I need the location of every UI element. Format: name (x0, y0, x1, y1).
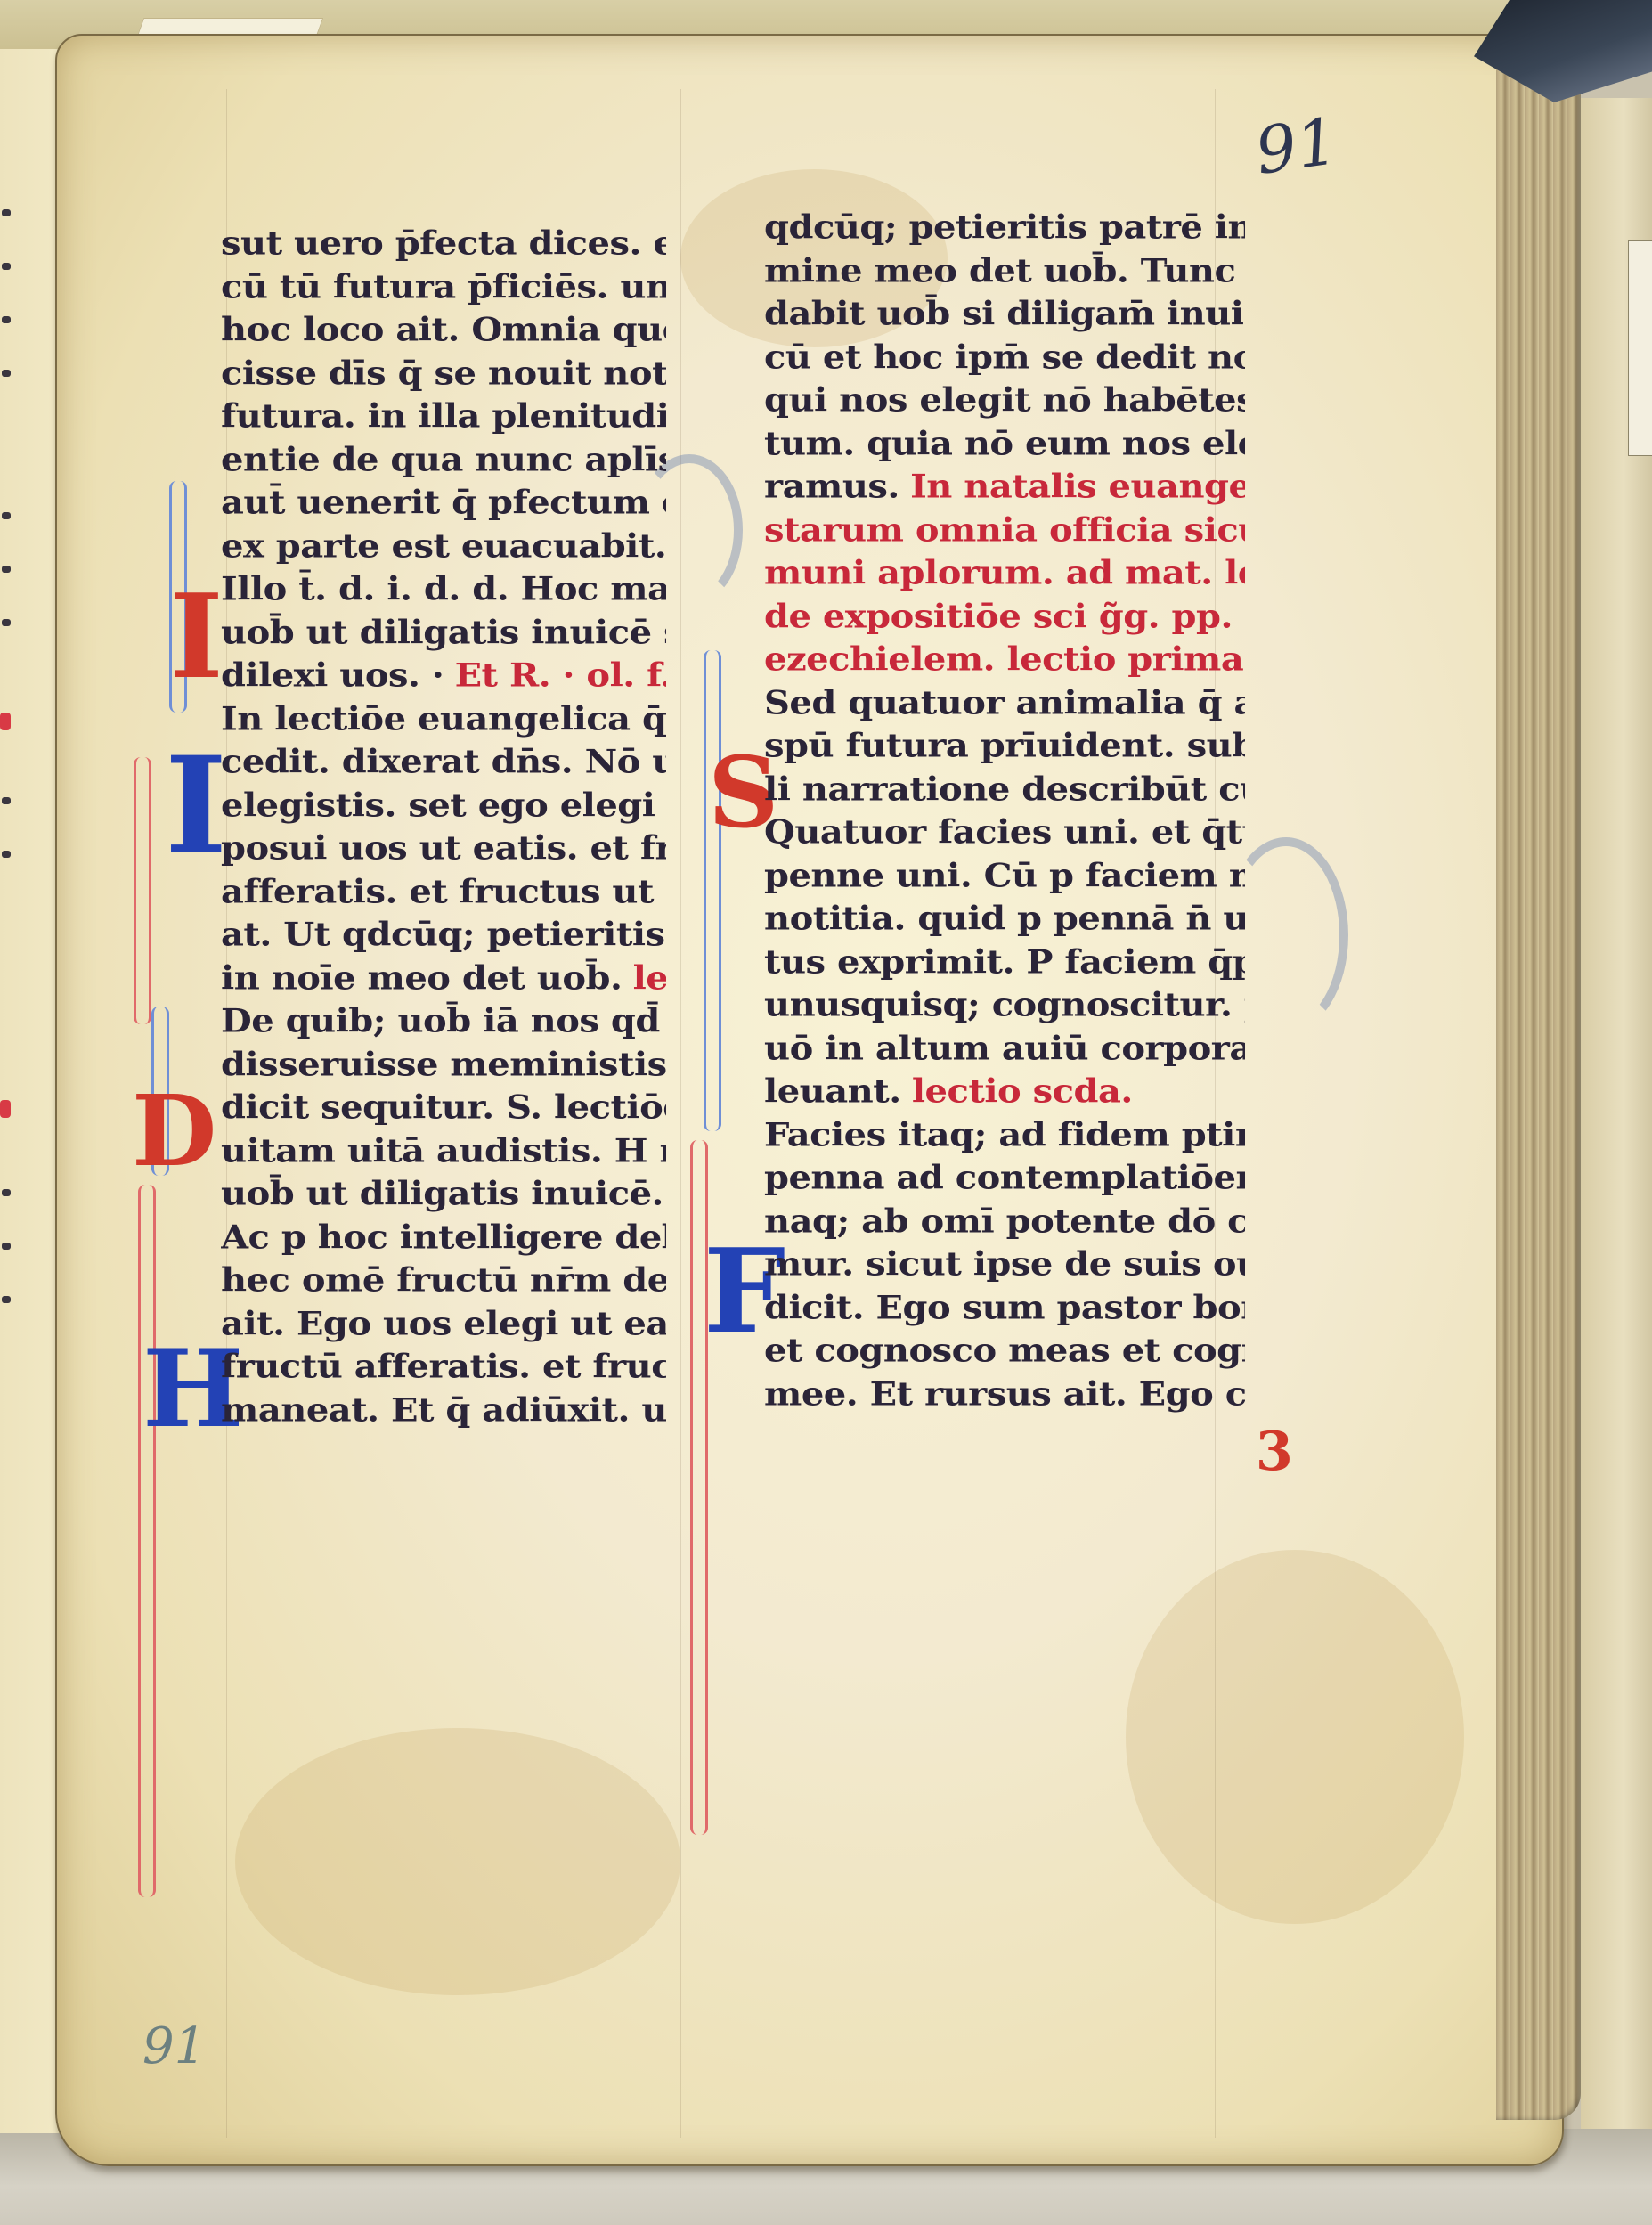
text-line: mur. sicut ipse de suis ouib; (764, 1243, 1245, 1287)
text-line: in noīe meo det uob̄. lec. viij. (221, 958, 666, 1001)
text-line: unusquisq; cognoscitur. p pennas (764, 984, 1245, 1028)
rubric: In natalis euangeli- (910, 468, 1245, 507)
text-line: dicit. Ego sum pastor bonus (764, 1287, 1245, 1331)
initial-d-red: D (132, 1082, 216, 1180)
text-line: In lectiōe euangelica q̄ hac ante (221, 698, 666, 742)
text-line: sut uero p̄fecta dices. et (221, 223, 666, 266)
text-line: De quib; uob̄ iā nos qd̄ dn̄s do (221, 1000, 666, 1044)
left-text-column: sut uero p̄fecta dices. et cū tū futura … (221, 223, 666, 1432)
text-line: cisse dīs q̄ se nouit nota esse (221, 353, 666, 396)
text-line: dicit sequitur. S. lectiōe q̄ mō au (221, 1087, 666, 1130)
folio-number-bottom: 91 (142, 2017, 206, 2075)
text-line: fructū afferatis. et fruct̄ uestr̄ (221, 1346, 666, 1390)
text-line: elegistis. set ego elegi uos. et (221, 785, 666, 828)
text-line: notitia. quid p pennā n̄ uola- (764, 898, 1245, 941)
text-line: qdcūq; petieritis patrē in no- (764, 207, 1245, 250)
text-line: dabit uob̄ si diligam̄ inuicē (764, 293, 1245, 337)
rubric-line: ezechielem. lectio prima. (764, 639, 1245, 682)
text-line: Quatuor facies uni. et q̄tuo (764, 811, 1245, 855)
text-line: Ac p hoc intelligere debem̄ ix. (221, 1217, 666, 1260)
text-line: dilexi uos. · Et R. · ol. f. g. R̄. xvij… (221, 655, 666, 698)
text-line: Illo t̄. d. i. d. d. Hoc mando (221, 568, 666, 612)
text-line: qui nos elegit nō habētes fruc- (764, 379, 1245, 423)
rubric: Et R. · ol. f. g. R̄. xvij. (455, 656, 666, 696)
text-line: penne uni. Cū p faciem nisi (764, 855, 1245, 899)
text-line: naq; ab omī potente dō cogno- (764, 1201, 1245, 1244)
text-line: uob̄ ut diligatis inuicē sicut (221, 612, 666, 656)
text-line: futura. in illa plenitudine sci- (221, 395, 666, 439)
text-line: uob̄ ut diligatis inuicē. le (221, 1173, 666, 1217)
text-line: leuant. lectio scda. (764, 1071, 1245, 1114)
text-line: disseruisse meministis. Hic aut̄ (221, 1044, 666, 1088)
text-line: ait. Ego uos elegi ut eatis et (221, 1303, 666, 1347)
text-line: cū et hoc ipm̄ se dedit nobis (764, 337, 1245, 380)
page-fore-edge (1496, 53, 1581, 2120)
text-line: hec omē fructū nr̄m de q̄ ante (221, 1259, 666, 1303)
text-line: mine meo det uob̄. Tunc utiq; (764, 250, 1245, 294)
text-line: cedit. dixerat dn̄s. Nō uos me (221, 741, 666, 785)
text-line: maneat. Et q̄ adiūxit. ut q; (221, 1390, 666, 1433)
text-line: ramus. In natalis euangeli- (764, 466, 1245, 509)
text-line: ex parte est euacuabit. R. f. io. (221, 526, 666, 569)
text-line: entie de qua nunc aplīs. Cum (221, 439, 666, 483)
rubric-line: starum omnia officia sicut i com (764, 509, 1245, 553)
text-line: aut̄ uenerit q̄ pfectum ē. qd̄ (221, 482, 666, 526)
text-line: posui uos ut eatis. et fructum (221, 827, 666, 871)
text-line: mee. Et rursus ait. Ego co- (764, 1373, 1245, 1417)
pen-flourish (138, 1185, 156, 1897)
initial-i-blue: I (165, 739, 227, 873)
text-line: Facies itaq; ad fidem ptin. (764, 1114, 1245, 1158)
pen-flourish (704, 650, 721, 1131)
text-line: hoc loco ait. Omnia que nota fe- (221, 309, 666, 353)
text-line: tus exprimit. P faciem q̄ppe (764, 941, 1245, 985)
text-line: spū futura prīuident. subti- (764, 725, 1245, 769)
text-line: uitam uitā audistis. H mando (221, 1130, 666, 1174)
rubric: lec. viij. (633, 959, 666, 998)
text-line: li narratione describūt cū di- (764, 769, 1245, 812)
text-line: Sed quatuor animalia q̄ a pphe- (764, 682, 1245, 726)
marginal-red-mark: 3 (1256, 1425, 1293, 1479)
folio-number-top: 91 (1251, 103, 1342, 189)
text-line: uō in altum auiū corpora sub- (764, 1028, 1245, 1072)
text-line: tum. quia nō eum nos elege- (764, 423, 1245, 467)
text-line: penna ad contemplatiōem. P fa- (764, 1157, 1245, 1201)
rubric: lectio scda. (912, 1072, 1133, 1112)
text-line: et cognosco meas et cognoscunt me (764, 1330, 1245, 1373)
rubric-line: de expositiōe sci g̃g. pp. sup̄ (764, 596, 1245, 640)
text-line: afferatis. et fructus ut maū (221, 871, 666, 915)
rubric-line: muni aplorum. ad mat. lec (764, 552, 1245, 596)
initial-i-red: I (169, 579, 224, 695)
shelf-label (1628, 240, 1652, 456)
pen-flourish (134, 757, 151, 1024)
right-text-column: qdcūq; petieritis patrē in no- mine meo … (764, 207, 1245, 1416)
text-line: cū tū futura p̄ficiēs. unde in (221, 266, 666, 310)
text-line: at. Ut qdcūq; petieritis patrē (221, 914, 666, 958)
